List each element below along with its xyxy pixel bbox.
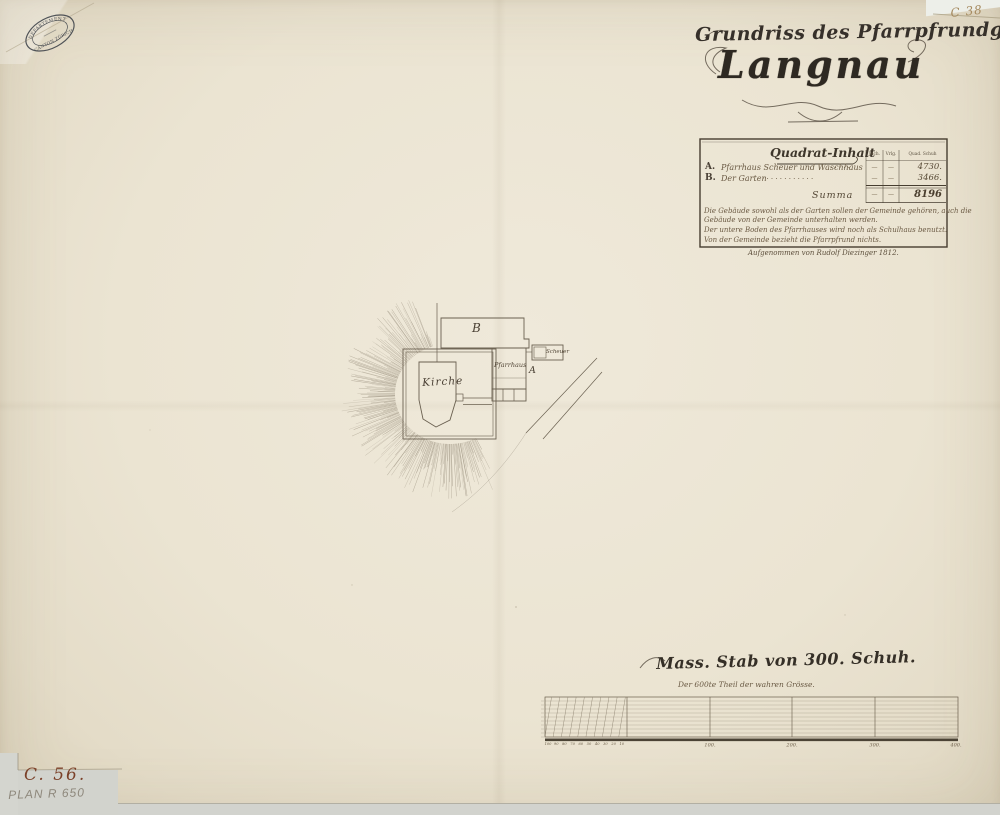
row-a-value: 4730. [902,163,942,172]
row-a-letter: A. [705,163,715,172]
table-note-2: Gebäude von der Gemeinde unterhalten wer… [704,217,946,224]
plan-title-langnau: Langnau [718,46,923,84]
row-b-value: 3466. [902,174,942,183]
plan-label-area-a: A [529,366,536,376]
plan-label-parsonage: Pfarrhaus [494,362,526,369]
row-a-dots: . . . . . [830,163,850,170]
plan-label-church: Kirche [422,376,464,389]
archive-code-top-right: C 38 [950,4,983,19]
table-note-1: Die Gebäude sowohl als der Garten sollen… [704,208,946,215]
backdrop-bottom-strip [0,803,1000,815]
surveyor-credit: Aufgenommen von Rudolf Diezinger 1812. [748,250,898,257]
table-note-4: Von der Gemeinde bezieht die Pfarrpfrund… [704,237,946,244]
row-b-dots: . . . . . . . . . . . . [762,174,813,181]
summa-vrlg: — [885,192,897,198]
col-header-vrlg: Vrlg. [884,153,898,157]
summa-label: Summa [812,191,853,201]
row-b-juch: — [868,176,881,182]
plan-label-garden: B [472,322,481,334]
row-b-vrlg: — [885,176,897,182]
summa-value: 8196 [900,190,942,200]
col-header-quadschuh: Quad. Schuh [899,153,946,157]
table-note-3: Der untere Boden des Pfarrhauses wird no… [704,227,946,234]
row-a-juch: — [868,165,881,171]
row-a-vrlg: — [885,165,897,171]
scale-subtitle: Der 600te Theil der wahren Grösse. [678,681,815,689]
row-b-letter: B. [705,174,716,183]
top-left-corner-crease [0,0,96,64]
col-header-juch: Juch. [867,153,882,157]
archive-code-bottom-left: C. 56. [24,767,86,784]
scanned-plan-sheet: DEPARTEMENT CANTON ZÜRICH [0,0,1000,815]
summa-juch: — [868,192,881,198]
archive-pencil-note: PLAN R 650 [8,786,85,801]
row-b-label: Der Garten [721,175,767,183]
plan-label-barn: Scheuer [546,350,569,356]
table-heading: Quadrat-Inhalt [770,147,860,160]
backdrop-left-edge [0,753,18,815]
horizontal-fold-crease [0,400,1000,412]
